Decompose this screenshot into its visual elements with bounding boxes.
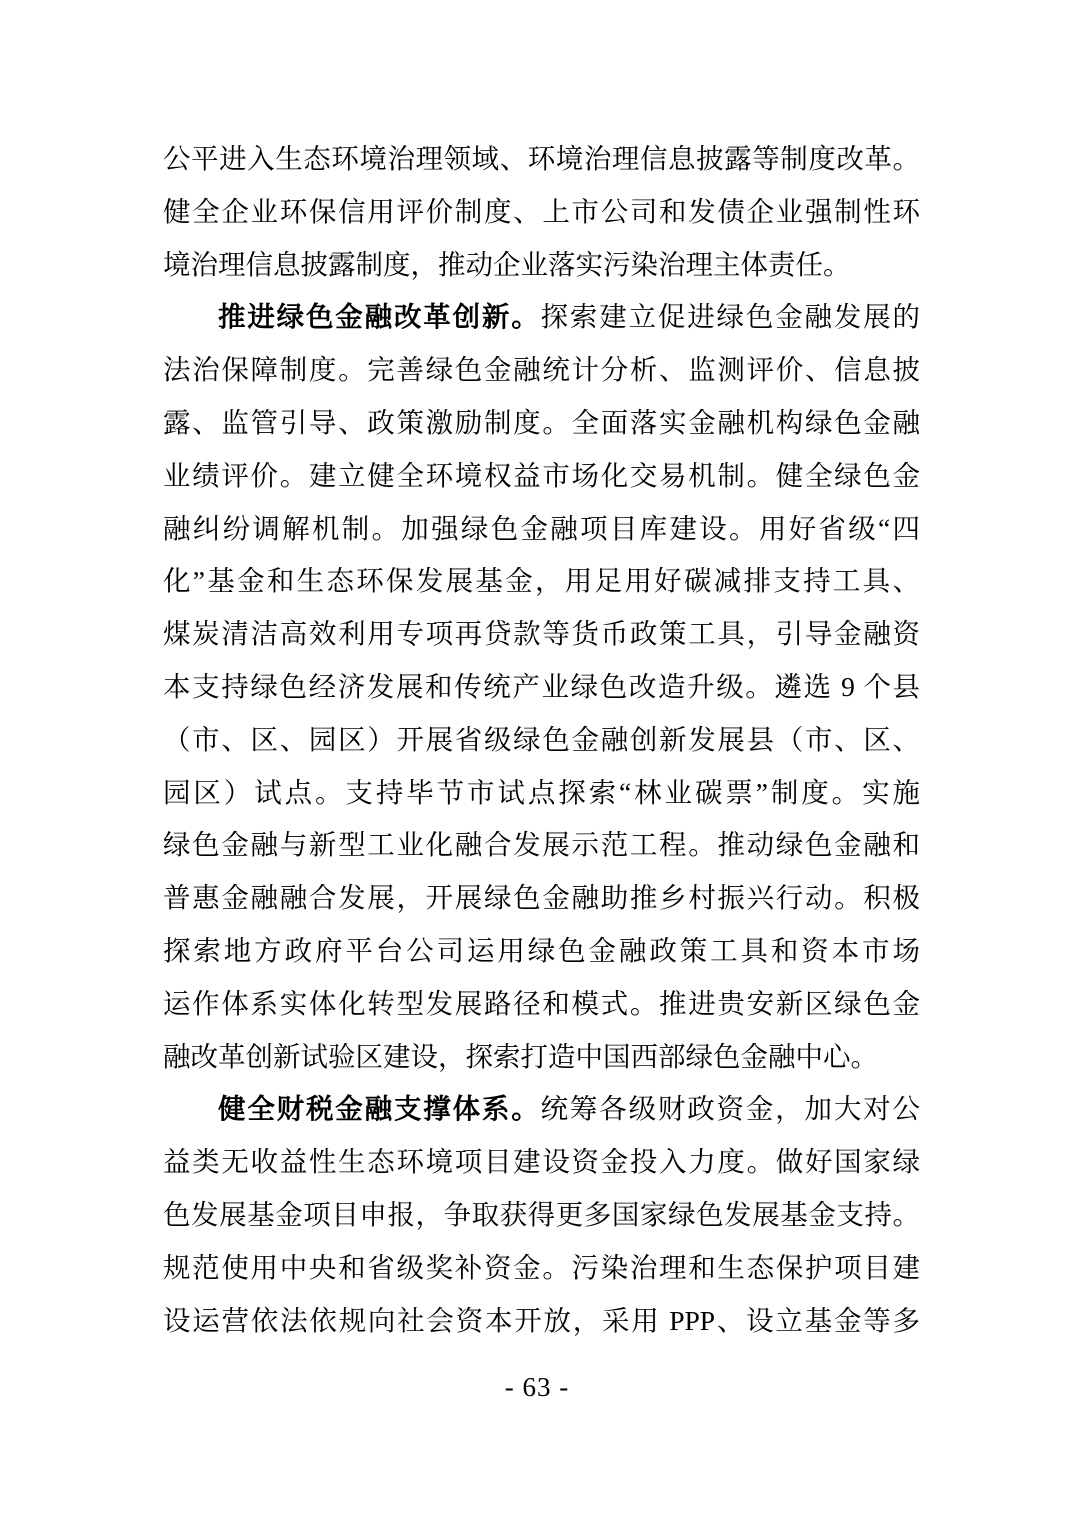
body-text: 色发展基金项目申报，争取获得更多国家绿色发展基金支持。 [163, 1199, 920, 1230]
text-line: 健全财税金融支撑体系。统筹各级财政资金，加大对公 [163, 1083, 920, 1136]
text-line: 设运营依法依规向社会资本开放，采用 PPP、设立基金等多 [163, 1295, 920, 1348]
text-line: 绿色金融与新型工业化融合发展示范工程。推动绿色金融和 [163, 819, 920, 872]
body-text: 运作体系实体化转型发展路径和模式。推进贵安新区绿色金 [163, 988, 920, 1019]
body-text: 业绩评价。建立健全环境权益市场化交易机制。健全绿色金 [163, 460, 920, 491]
text-line: 本支持绿色经济发展和传统产业绿色改造升级。遴选 9 个县 [163, 661, 920, 714]
body-text: 探索建立促进绿色金融发展的 [541, 301, 920, 332]
text-line: 色发展基金项目申报，争取获得更多国家绿色发展基金支持。 [163, 1189, 920, 1242]
text-line: 探索地方政府平台公司运用绿色金融政策工具和资本市场 [163, 925, 920, 978]
body-text: 普惠金融融合发展，开展绿色金融助推乡村振兴行动。积极 [163, 882, 920, 913]
body-text: 煤炭清洁高效利用专项再贷款等货币政策工具，引导金融资 [163, 618, 920, 649]
text-line: 业绩评价。建立健全环境权益市场化交易机制。健全绿色金 [163, 450, 920, 503]
body-text: 法治保障制度。完善绿色金融统计分析、监测评价、信息披 [163, 354, 920, 385]
text-line: 化”基金和生态环保发展基金，用足用好碳减排支持工具、 [163, 555, 920, 608]
page-number: - 63 - [0, 1372, 1074, 1403]
text-line: 煤炭清洁高效利用专项再贷款等货币政策工具，引导金融资 [163, 608, 920, 661]
text-line: 规范使用中央和省级奖补资金。污染治理和生态保护项目建 [163, 1242, 920, 1295]
body-text: 统筹各级财政资金，加大对公 [541, 1093, 920, 1124]
document-page: 公平进入生态环境治理领域、环境治理信息披露等制度改革。健全企业环保信用评价制度、… [0, 0, 1074, 1520]
body-text: 融改革创新试验区建设，探索打造中国西部绿色金融中心。 [163, 1041, 878, 1072]
body-text: 探索地方政府平台公司运用绿色金融政策工具和资本市场 [163, 935, 920, 966]
text-block: 公平进入生态环境治理领域、环境治理信息披露等制度改革。健全企业环保信用评价制度、… [163, 133, 920, 1347]
body-text: 绿色金融与新型工业化融合发展示范工程。推动绿色金融和 [163, 829, 920, 860]
text-line: 融改革创新试验区建设，探索打造中国西部绿色金融中心。 [163, 1031, 920, 1084]
body-text: 融纠纷调解机制。加强绿色金融项目库建设。用好省级“四 [163, 513, 920, 544]
body-text: 规范使用中央和省级奖补资金。污染治理和生态保护项目建 [163, 1252, 920, 1283]
bold-lead-text: 健全财税金融支撑体系。 [218, 1093, 541, 1124]
text-line: 境治理信息披露制度，推动企业落实污染治理主体责任。 [163, 239, 920, 292]
body-text: 露、监管引导、政策激励制度。全面落实金融机构绿色金融 [163, 407, 920, 438]
text-line: 园区）试点。支持毕节市试点探索“林业碳票”制度。实施 [163, 767, 920, 820]
body-text: 本支持绿色经济发展和传统产业绿色改造升级。遴选 9 个县 [163, 671, 920, 702]
text-line: 融纠纷调解机制。加强绿色金融项目库建设。用好省级“四 [163, 503, 920, 556]
text-line: 露、监管引导、政策激励制度。全面落实金融机构绿色金融 [163, 397, 920, 450]
bold-lead-text: 推进绿色金融改革创新。 [218, 301, 541, 332]
text-line: 公平进入生态环境治理领域、环境治理信息披露等制度改革。 [163, 133, 920, 186]
text-line: 运作体系实体化转型发展路径和模式。推进贵安新区绿色金 [163, 978, 920, 1031]
text-line: 健全企业环保信用评价制度、上市公司和发债企业强制性环 [163, 186, 920, 239]
text-line: （市、区、园区）开展省级绿色金融创新发展县（市、区、 [163, 714, 920, 767]
text-line: 法治保障制度。完善绿色金融统计分析、监测评价、信息披 [163, 344, 920, 397]
text-line: 益类无收益性生态环境项目建设资金投入力度。做好国家绿 [163, 1136, 920, 1189]
body-text: 公平进入生态环境治理领域、环境治理信息披露等制度改革。 [163, 143, 920, 174]
body-text: 设运营依法依规向社会资本开放，采用 PPP、设立基金等多 [163, 1305, 920, 1336]
body-text: 健全企业环保信用评价制度、上市公司和发债企业强制性环 [163, 196, 920, 227]
body-text: 化”基金和生态环保发展基金，用足用好碳减排支持工具、 [163, 565, 920, 596]
body-text: （市、区、园区）开展省级绿色金融创新发展县（市、区、 [163, 724, 920, 755]
body-text: 境治理信息披露制度，推动企业落实污染治理主体责任。 [163, 249, 851, 280]
text-line: 推进绿色金融改革创新。探索建立促进绿色金融发展的 [163, 291, 920, 344]
body-text: 园区）试点。支持毕节市试点探索“林业碳票”制度。实施 [163, 777, 920, 808]
body-text: 益类无收益性生态环境项目建设资金投入力度。做好国家绿 [163, 1146, 920, 1177]
text-line: 普惠金融融合发展，开展绿色金融助推乡村振兴行动。积极 [163, 872, 920, 925]
